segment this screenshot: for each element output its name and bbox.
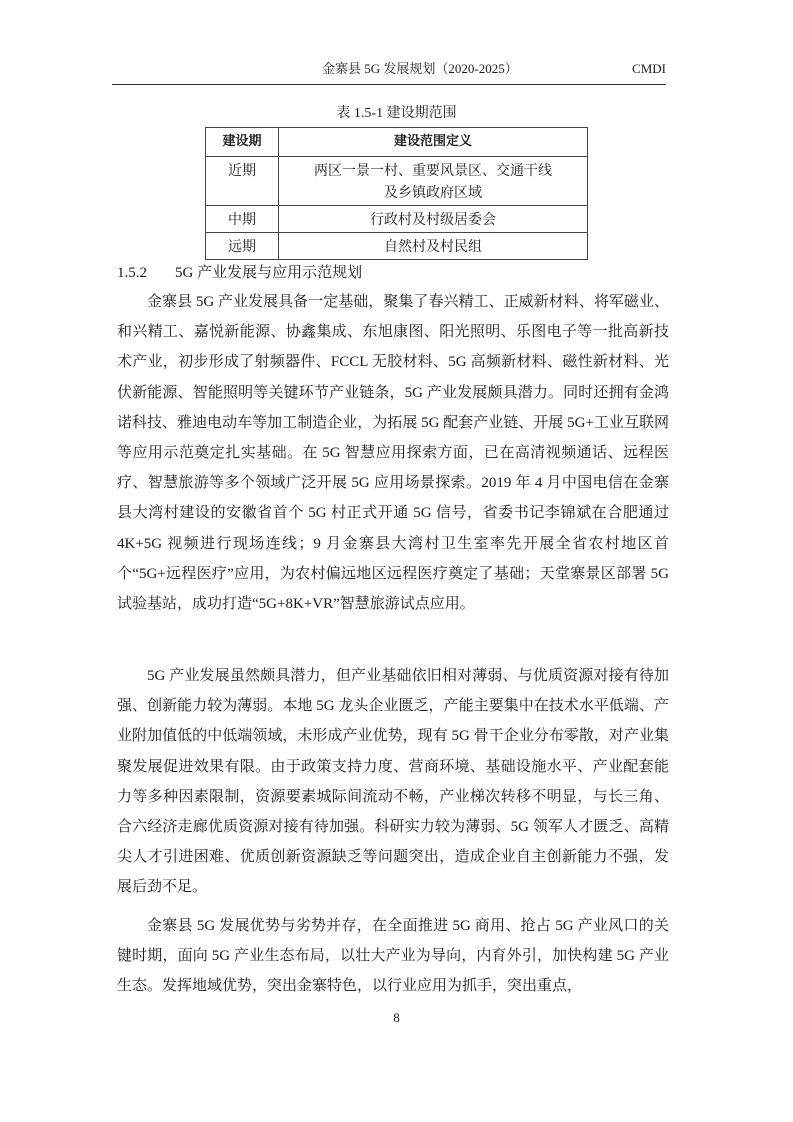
paragraph-text: 5G 产业发展虽然颇具潜力，但产业基础依旧相对薄弱、与优质资源对接有待加强、创新… — [117, 661, 669, 903]
definition-cell: 两区一景一村、重要风景区、交通干线 及乡镇政府区域 — [279, 157, 588, 206]
definition-line: 两区一景一村、重要风景区、交通干线 — [279, 161, 587, 183]
paragraph-text: 金寨县 5G 发展优势与劣势并存，在全面推进 5G 商用、抢占 5G 产业风口的… — [117, 911, 669, 1002]
document-title: 金寨县 5G 发展规划（2020-2025） — [322, 60, 518, 78]
table-row: 中期 行政村及村级居委会 — [206, 206, 588, 233]
definition-cell: 行政村及村级居委会 — [279, 206, 588, 233]
column-header-period: 建设期 — [206, 128, 279, 157]
table-header-row: 建设期 建设范围定义 — [206, 128, 588, 157]
table-caption: 表 1.5-1 建设期范围 — [0, 104, 793, 124]
definition-line: 及乡镇政府区域 — [279, 183, 587, 205]
period-cell: 近期 — [206, 157, 279, 206]
construction-period-table: 建设期 建设范围定义 近期 两区一景一村、重要风景区、交通干线 及乡镇政府区域 … — [205, 127, 588, 260]
section-heading: 1.5.25G 产业发展与应用示范规划 — [117, 262, 362, 284]
period-cell: 远期 — [206, 233, 279, 260]
column-header-definition: 建设范围定义 — [279, 128, 588, 157]
definition-cell: 自然村及村民组 — [279, 233, 588, 260]
body-paragraph-2: 5G 产业发展虽然颇具潜力，但产业基础依旧相对薄弱、与优质资源对接有待加强、创新… — [117, 661, 669, 903]
section-title: 5G 产业发展与应用示范规划 — [175, 265, 362, 281]
body-paragraph-1: 金寨县 5G 产业发展具备一定基础，聚集了春兴精工、正威新材料、将军磁业、和兴精… — [117, 287, 669, 619]
organization-name: CMDI — [632, 60, 666, 78]
page-header: 金寨县 5G 发展规划（2020-2025） CMDI — [112, 60, 666, 85]
table-row: 远期 自然村及村民组 — [206, 233, 588, 260]
body-paragraph-3: 金寨县 5G 发展优势与劣势并存，在全面推进 5G 商用、抢占 5G 产业风口的… — [117, 911, 669, 1002]
table-row: 近期 两区一景一村、重要风景区、交通干线 及乡镇政府区域 — [206, 157, 588, 206]
section-number: 1.5.2 — [117, 262, 175, 284]
page-number: 8 — [0, 1010, 793, 1026]
paragraph-text: 金寨县 5G 产业发展具备一定基础，聚集了春兴精工、正威新材料、将军磁业、和兴精… — [117, 287, 669, 619]
period-cell: 中期 — [206, 206, 279, 233]
